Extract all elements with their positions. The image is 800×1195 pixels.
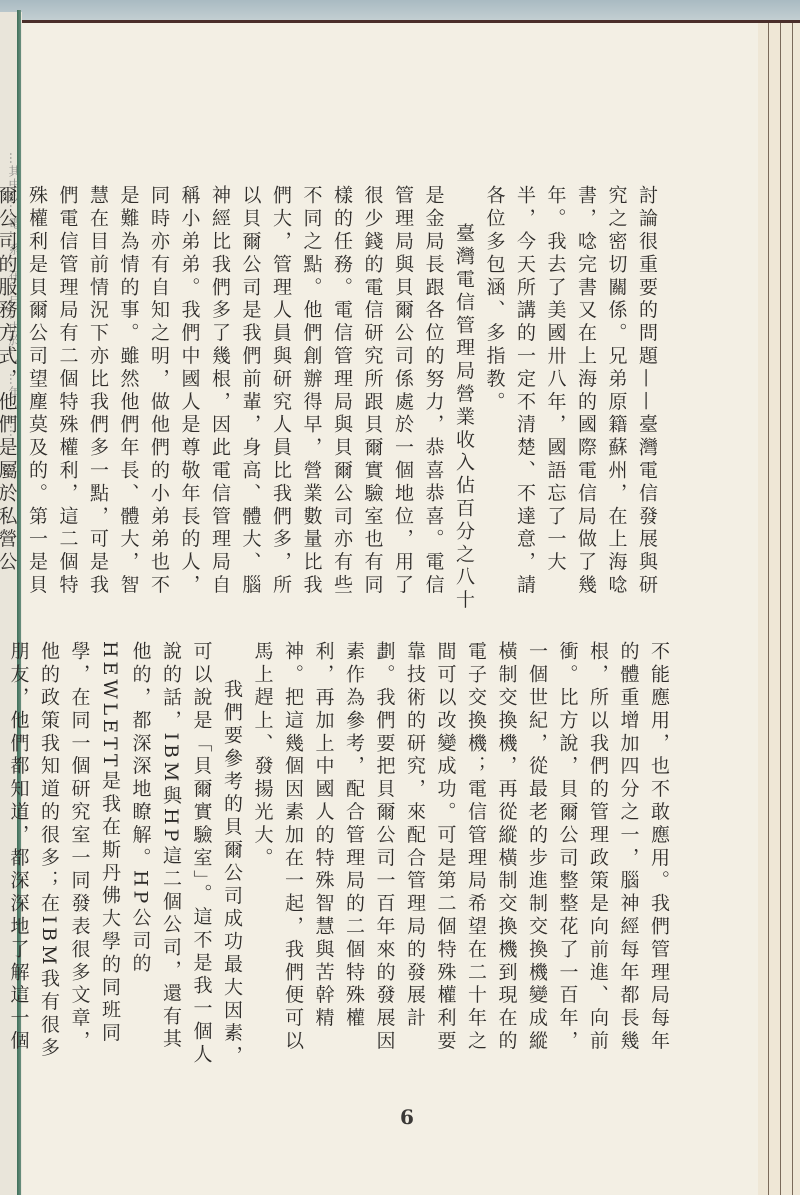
paragraph: 討論很重要的問題——臺灣電信發展與研究之密切關係。兄弟原籍蘇州，在上海唸書，唸完…	[479, 185, 662, 615]
page-number: 6	[400, 1105, 414, 1129]
document-page: 討論很重要的問題——臺灣電信發展與研究之密切關係。兄弟原籍蘇州，在上海唸書，唸完…	[22, 20, 762, 1195]
scan-background	[0, 0, 800, 22]
paragraph: 臺灣電信管理局營業收入佔百分之八十是金局長跟各位的努力，恭喜恭喜。電信管理局與貝…	[0, 185, 479, 615]
upper-text-section: 討論很重要的問題——臺灣電信發展與研究之密切關係。兄弟原籍蘇州，在上海唸書，唸完…	[42, 185, 662, 615]
paragraph: 不能應用，也不敢應用。我們管理局每年的體重增加四分之一，腦神經每年都長幾根，所以…	[247, 641, 674, 1073]
lower-text-section: 不能應用，也不敢應用。我們管理局每年的體重增加四分之一，腦神經每年都長幾根，所以…	[44, 641, 674, 1073]
right-page-edges	[758, 20, 800, 1195]
paragraph: 我們要參考的貝爾公司成功最大因素，可以說是「貝爾實驗室」。這不是我一個人說的話，…	[0, 641, 247, 1073]
